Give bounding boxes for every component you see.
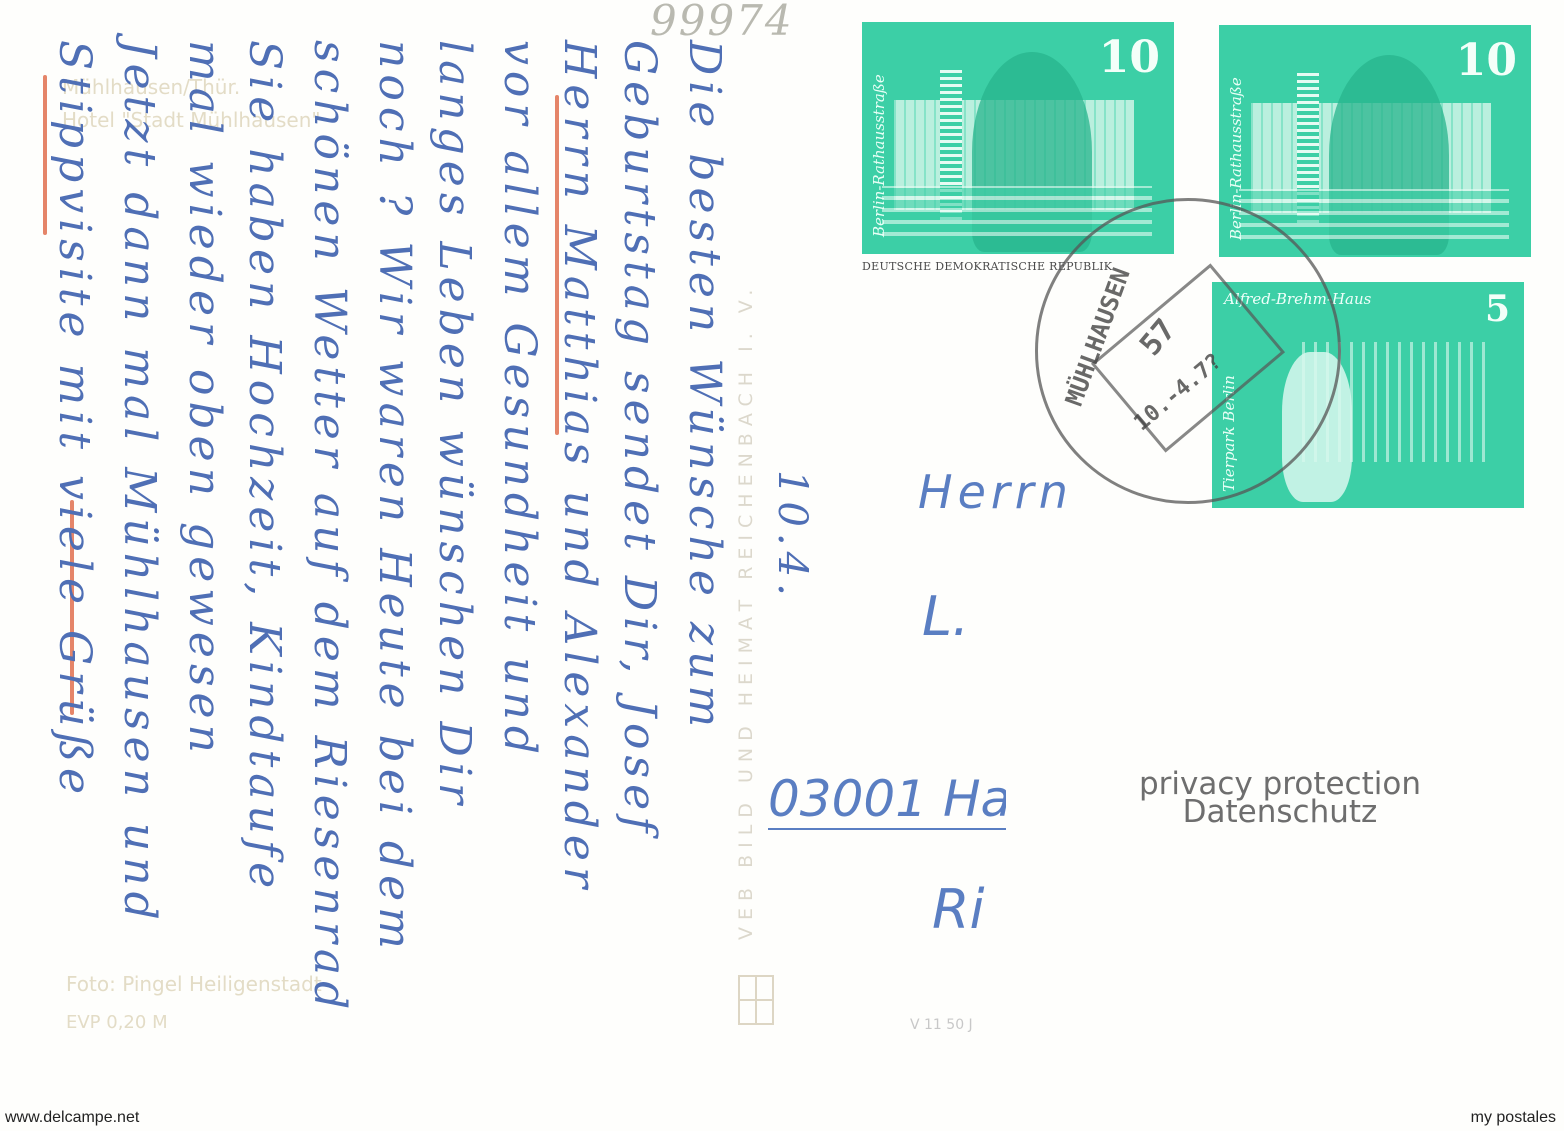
message-line: noch ? Wir waren Heute bei dem [369, 40, 420, 955]
stamp-value: 5 [1485, 288, 1510, 330]
privacy-line-2: Datenschutz [1115, 798, 1445, 826]
red-mark [43, 75, 47, 235]
message-line: schönen Wetter auf dem Riesenrad [304, 40, 355, 1015]
message-line: Sie haben Hochzeit, Kindtaufe [239, 40, 290, 894]
privacy-protection-label: privacy protection Datenschutz [1115, 770, 1445, 826]
message-line: Jetzt dann mal Mühlhausen und [114, 40, 165, 926]
message-date: 10.4. [769, 470, 815, 602]
footer-link-delcampe[interactable]: www.delcampe.net [5, 1109, 139, 1127]
print-code: V 11 50 J [910, 1017, 973, 1033]
publisher-text: VEB BILD UND HEIMAT REICHENBACH I. V. [735, 283, 757, 940]
price-code: EVP 0,20 M [66, 1012, 168, 1033]
message-line: langes Leben wünschen Dir [429, 40, 480, 810]
message-line: Herrn Matthias und Alexander [554, 40, 605, 894]
address-name: L. [922, 585, 969, 648]
photo-credit: Foto: Pingel Heiligenstadt [66, 972, 322, 996]
message-line: Die besten Wünsche zum [679, 40, 730, 733]
stamp-value: 10 [1456, 35, 1517, 86]
publisher-logo-icon [738, 975, 774, 1025]
stamp-value: 10 [1099, 32, 1160, 83]
message-line: Geburtstag sendet Dir, Josef [614, 40, 665, 838]
message-line: mal wieder oben gewesen [179, 40, 230, 759]
address-salutation: Herrn [918, 465, 1073, 519]
message-line: vor allem Gesundheit und [494, 40, 545, 760]
footer-brand: my postales [1471, 1109, 1556, 1127]
message-line: Stippvisite mit viele Grüße [49, 40, 100, 800]
catalog-number: 99974 [650, 0, 794, 45]
stamp-caption: Berlin-Rathausstraße [870, 74, 875, 237]
address-street: Ri [932, 878, 1006, 941]
address-postcode-city: 03001 Ha [768, 770, 1006, 830]
